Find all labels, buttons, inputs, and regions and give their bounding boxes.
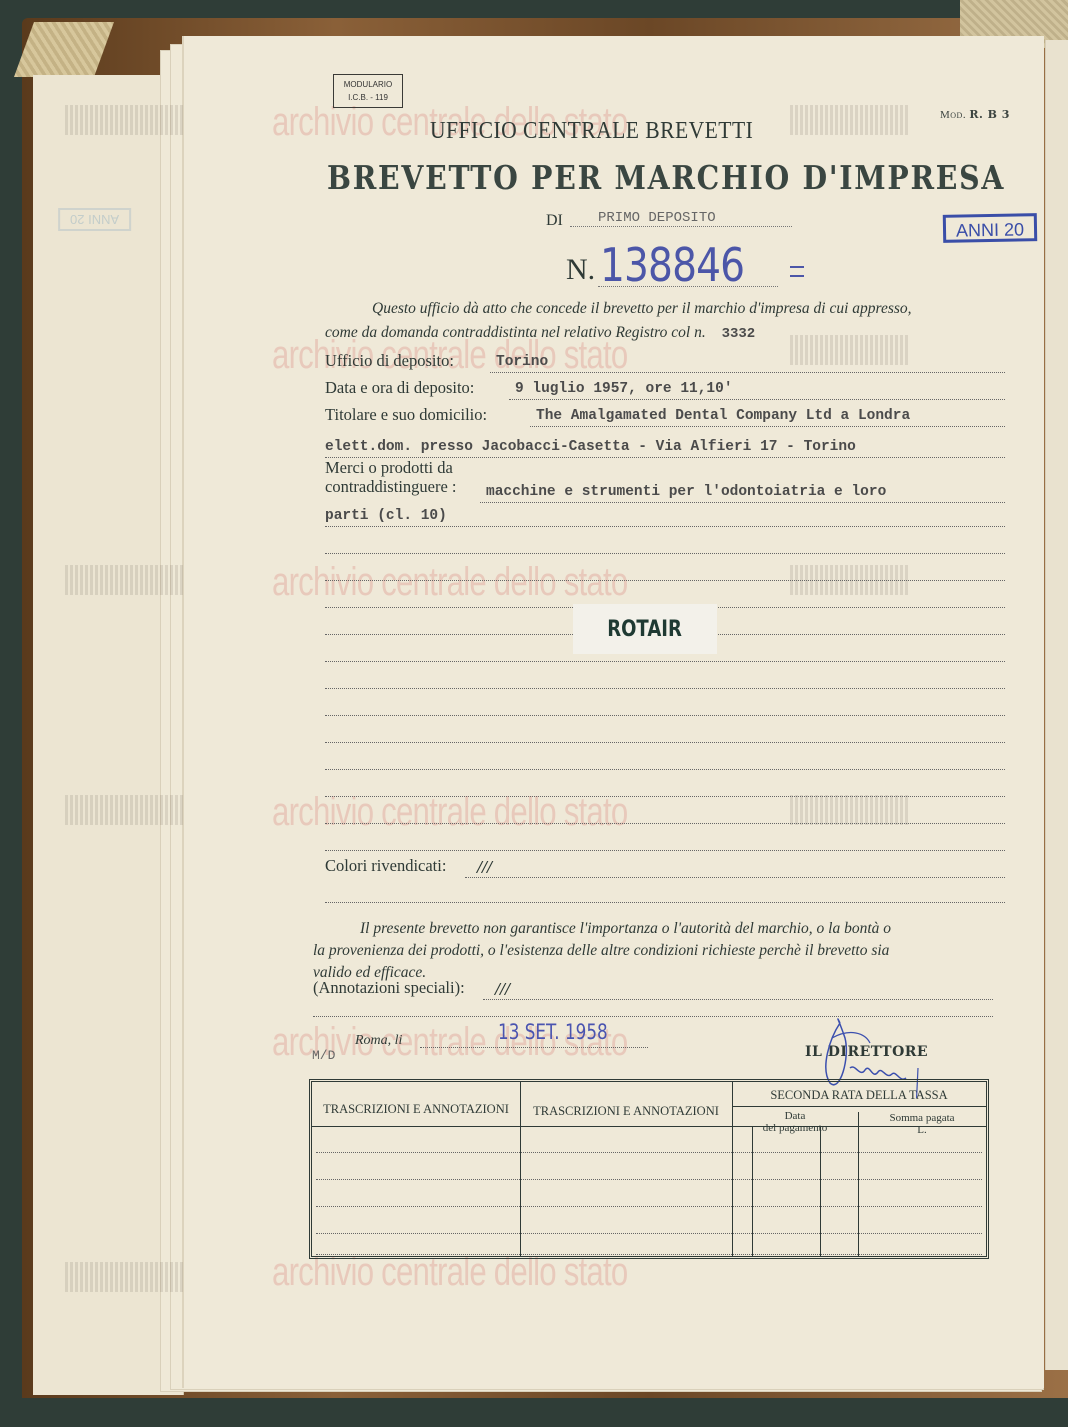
patent-number-stamp: 138846 xyxy=(600,238,744,292)
intro-line-1: Questo ufficio dà atto che concede il br… xyxy=(372,298,912,320)
merci-label-line1: Merci o prodotti da xyxy=(325,458,457,477)
disclaimer-line-1: Il presente brevetto non garantisce l'im… xyxy=(360,918,891,940)
ruled-line xyxy=(325,561,1005,581)
data-label: Data e ora di deposito: xyxy=(325,378,474,398)
field-merci: macchine e strumenti per l'odontoiatria … xyxy=(325,481,1005,503)
form-code-line1: MODULARIO xyxy=(334,78,402,91)
table-row xyxy=(316,1152,982,1153)
field-titolare: Titolare e suo domicilio: The Amalgamate… xyxy=(325,405,1005,427)
header-currency: L. xyxy=(858,1124,986,1136)
ghost-stamp-left: ANNI 20 xyxy=(58,208,131,231)
model-prefix: Mod. xyxy=(940,109,966,121)
ufficio-label: Ufficio di deposito: xyxy=(325,351,454,371)
ruled-line xyxy=(325,831,1005,851)
disclaimer-line-2: la provenienza dei prodotti, o l'esisten… xyxy=(313,940,889,962)
header-data-line1: Data xyxy=(732,1110,858,1122)
table-row xyxy=(316,1179,982,1180)
merci-value-line2: parti (cl. 10) xyxy=(325,507,1005,527)
header-trascrizioni-1: TRASCRIZIONI E ANNOTAZIONI xyxy=(312,1102,520,1117)
deposit-type-label: DI xyxy=(546,212,563,230)
table-row xyxy=(316,1233,982,1234)
office-title: UFFICIO CENTRALE BREVETTI xyxy=(430,118,753,145)
field-ufficio: Ufficio di deposito: Torino xyxy=(325,351,1005,373)
patent-number-label: N. xyxy=(566,253,595,287)
place-label: Roma, li xyxy=(355,1033,402,1049)
document-title: BREVETTO PER MARCHIO D'IMPRESA xyxy=(327,158,1005,197)
header-somma-label: Somma pagata xyxy=(858,1112,986,1124)
header-data-pagamento: Data del pagamento xyxy=(732,1110,858,1134)
header-data-line2: del pagamento xyxy=(732,1122,858,1134)
annotations-table: TRASCRIZIONI E ANNOTAZIONI TRASCRIZIONI … xyxy=(309,1079,989,1259)
initials: M/D xyxy=(312,1048,335,1063)
field-colori: Colori rivendicati: /// xyxy=(325,856,1005,878)
date-line xyxy=(420,1047,648,1048)
form-code-box: MODULARIO I.C.B. - 119 xyxy=(333,74,403,108)
ruled-line xyxy=(325,883,1005,903)
titolare-value-line2: elett.dom. presso Jacobacci-Casetta - Vi… xyxy=(325,438,1005,458)
header-somma-pagata: Somma pagata L. xyxy=(858,1112,986,1136)
model-code: Mod. R. B 3 xyxy=(940,108,1010,121)
table-subheader-rule xyxy=(732,1106,986,1107)
field-annotazioni: (Annotazioni speciali): /// xyxy=(313,978,993,1000)
ruled-line xyxy=(325,723,1005,743)
titolare-value-line1: The Amalgamated Dental Company Ltd a Lon… xyxy=(530,407,1005,427)
table-divider xyxy=(732,1082,733,1256)
deposit-type-value: PRIMO DEPOSITO xyxy=(570,210,792,227)
header-trascrizioni-2: TRASCRIZIONI E ANNOTAZIONI xyxy=(520,1104,732,1119)
background-page-right xyxy=(1045,40,1068,1370)
header-seconda-rata: SECONDA RATA DELLA TASSA xyxy=(732,1088,986,1103)
merci-value-line1: macchine e strumenti per l'odontoiatria … xyxy=(480,483,1005,503)
register-number: 3332 xyxy=(722,326,756,342)
issue-date-stamp: 13 SET. 1958 xyxy=(498,1020,608,1044)
annotazioni-label: (Annotazioni speciali): xyxy=(313,978,465,998)
ruled-line xyxy=(325,534,1005,554)
titolare-label: Titolare e suo domicilio: xyxy=(325,405,487,425)
data-value: 9 luglio 1957, ore 11,10' xyxy=(509,380,1005,400)
model-number: R. B 3 xyxy=(969,108,1010,121)
number-dash-mark xyxy=(790,266,804,277)
ruled-line xyxy=(325,804,1005,824)
colori-label: Colori rivendicati: xyxy=(325,856,446,876)
duration-stamp: ANNI 20 xyxy=(943,213,1037,243)
ruled-line xyxy=(325,669,1005,689)
field-data-deposito: Data e ora di deposito: 9 luglio 1957, o… xyxy=(325,378,1005,400)
intro-line-2-text: come da domanda contraddistinta nel rela… xyxy=(325,324,706,341)
colori-value: /// xyxy=(465,858,1005,878)
table-row xyxy=(316,1206,982,1207)
ufficio-value: Torino xyxy=(490,353,1005,373)
annotazioni-value: /// xyxy=(483,980,993,1000)
trademark-specimen: ROTAIR xyxy=(573,604,717,654)
form-code-line2: I.C.B. - 119 xyxy=(334,91,402,104)
table-row xyxy=(316,1254,982,1255)
trademark-name: ROTAIR xyxy=(608,604,683,656)
table-divider xyxy=(752,1126,753,1256)
ruled-line xyxy=(325,696,1005,716)
intro-line-2: come da domanda contraddistinta nel rela… xyxy=(325,322,755,345)
ruled-line xyxy=(325,750,1005,770)
table-divider xyxy=(820,1126,821,1256)
ruled-line xyxy=(325,777,1005,797)
